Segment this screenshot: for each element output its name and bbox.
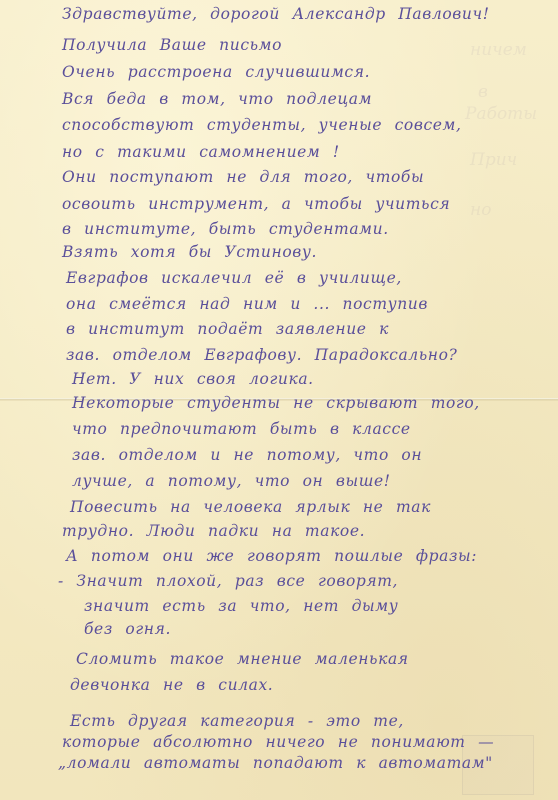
letter-line: - Значит плохой, раз все говорят, — [58, 572, 398, 590]
letter-line: без огня. — [84, 620, 171, 638]
letter-line: зав. отделом Евграфову. Парадоксально? — [66, 346, 457, 364]
letter-line: Нет. У них своя логика. — [72, 370, 314, 388]
letter-line: Евграфов искалечил её в училище, — [66, 269, 402, 287]
letter-line: Получила Ваше письмо — [62, 36, 282, 54]
letter-body: Здравствуйте, дорогой Александр Павлович… — [0, 0, 558, 800]
letter-line: трудно. Люди падки на такое. — [62, 522, 365, 540]
letter-line: в институт подаёт заявление к — [66, 320, 389, 338]
letter-line: освоить инструмент, а чтобы учиться — [62, 195, 450, 213]
letter-line: что предпочитают быть в классе — [72, 420, 411, 438]
letter-line: Есть другая категория - это те, — [70, 712, 404, 730]
letter-page: ничем в Работы Прич но Здравствуйте, дор… — [0, 0, 558, 800]
letter-line: которые абсолютно ничего не понимают — — [62, 733, 494, 751]
letter-line: она смеётся над ним и ... поступив — [66, 295, 428, 313]
letter-line: Сломить такое мнение маленькая — [76, 650, 409, 668]
letter-line: но с такими самомнением ! — [62, 143, 340, 161]
letter-line: Некоторые студенты не скрывают того, — [72, 394, 480, 412]
letter-line: „ломали автоматы попадают к автоматам" — [58, 754, 493, 772]
letter-line: Взять хотя бы Устинову. — [62, 243, 317, 261]
letter-line: Вся беда в том, что подлецам — [62, 90, 372, 108]
letter-line: значит есть за что, нет дыму — [84, 597, 398, 615]
letter-line: способствуют студенты, ученые совсем, — [62, 116, 462, 134]
letter-line: зав. отделом и не потому, что он — [72, 446, 422, 464]
letter-line: Очень расстроена случившимся. — [62, 63, 370, 81]
letter-line: лучше, а потому, что он выше! — [72, 472, 391, 490]
letter-line-greeting: Здравствуйте, дорогой Александр Павлович… — [62, 5, 490, 23]
letter-line: в институте, быть студентами. — [62, 220, 389, 238]
letter-line: девчонка не в силах. — [70, 676, 273, 694]
letter-line: А потом они же говорят пошлые фразы: — [66, 547, 477, 565]
letter-line: Они поступают не для того, чтобы — [62, 168, 424, 186]
letter-line: Повесить на человека ярлык не так — [70, 498, 431, 516]
